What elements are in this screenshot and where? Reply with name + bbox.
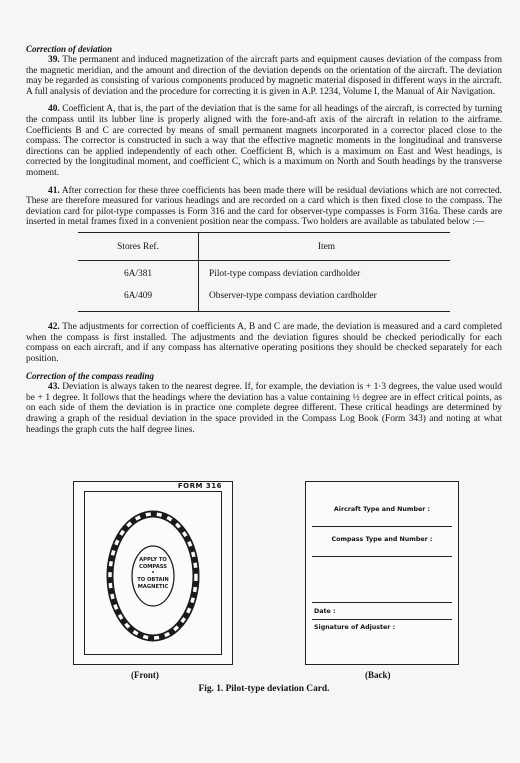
cardholder-table: Stores Ref. Item 6A/381 Pilot-type compa…: [78, 232, 450, 312]
column-header-item: Item: [199, 232, 451, 260]
section-heading-correction-of-deviation: Correction of deviation: [26, 44, 502, 54]
oval-text-line: TO OBTAIN: [137, 577, 169, 583]
paragraph-text: Coefficient A, that is, the part of the …: [26, 104, 502, 178]
item-cell: Pilot-type compass deviation cardholder: [199, 260, 451, 285]
table-row: 6A/381 Pilot-type compass deviation card…: [78, 260, 450, 285]
field-rule: [312, 619, 452, 620]
paragraph-text: The adjustments for correction of coeffi…: [26, 322, 502, 364]
paragraph-number: 40.: [48, 104, 60, 114]
paragraph-number: 39.: [48, 55, 60, 65]
front-label: (Front): [131, 670, 159, 680]
back-label: (Back): [365, 670, 391, 680]
stores-ref-cell: 6A/409: [78, 285, 199, 312]
table-row: 6A/409 Observer-type compass deviation c…: [78, 285, 450, 312]
figure-pilot-deviation-card: FORM 316 APPLY TO COMPASS • TO OBTAIN MA…: [26, 481, 502, 711]
paragraph-42: 42. The adjustments for correction of co…: [26, 322, 502, 364]
oval-text-line: APPLY TO: [139, 557, 167, 563]
item-cell: Observer-type compass deviation cardhold…: [199, 285, 451, 312]
paragraph-text: After correction for these three coeffic…: [26, 186, 502, 228]
compass-type-field-label: Compass Type and Number :: [306, 536, 458, 543]
paragraph-number: 43.: [48, 382, 60, 392]
card-back: Aircraft Type and Number : Compass Type …: [305, 481, 459, 665]
date-field-label: Date :: [314, 608, 335, 615]
paragraph-41: 41. After correction for these three coe…: [26, 186, 502, 228]
oval-text-line: •: [151, 570, 154, 576]
paragraph-number: 41.: [48, 186, 60, 196]
compass-oval-illustration: APPLY TO COMPASS • TO OBTAIN MAGNETIC: [74, 482, 232, 664]
paragraph-40: 40. Coefficient A, that is, the part of …: [26, 104, 502, 178]
section-heading-correction-of-compass-reading: Correction of the compass reading: [26, 371, 502, 381]
field-rule: [312, 526, 452, 527]
field-rule: [312, 602, 452, 603]
paragraph-text: Deviation is always taken to the nearest…: [26, 382, 502, 434]
paragraph-43: 43. Deviation is always taken to the nea…: [26, 382, 502, 435]
aircraft-type-field-label: Aircraft Type and Number :: [306, 506, 458, 513]
paragraph-text: The permanent and induced magnetization …: [26, 55, 502, 97]
oval-text-line: MAGNETIC: [138, 584, 169, 590]
signature-field-label: Signature of Adjuster :: [314, 624, 395, 631]
card-front: FORM 316 APPLY TO COMPASS • TO OBTAIN MA…: [73, 481, 233, 665]
paragraph-39: 39. The permanent and induced magnetizat…: [26, 55, 502, 97]
table-header-row: Stores Ref. Item: [78, 232, 450, 260]
paragraph-number: 42.: [48, 322, 60, 332]
figure-caption: Fig. 1. Pilot-type deviation Card.: [26, 684, 502, 694]
field-rule: [312, 556, 452, 557]
column-header-stores-ref: Stores Ref.: [78, 232, 199, 260]
stores-ref-cell: 6A/381: [78, 260, 199, 285]
document-page: Correction of deviation 39. The permanen…: [26, 44, 502, 442]
